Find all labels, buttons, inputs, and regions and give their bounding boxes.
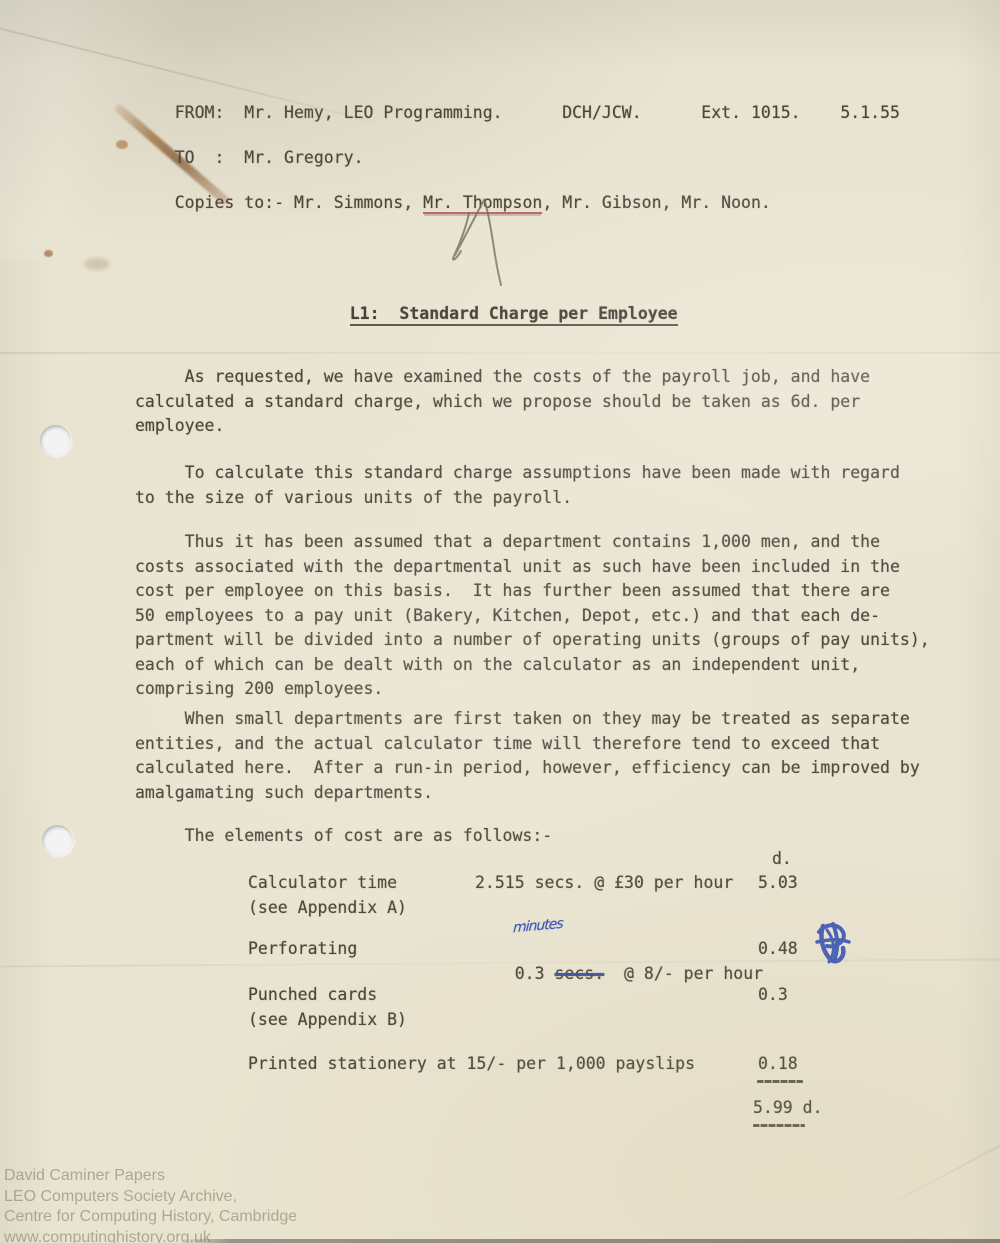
copies-prefix: Copies to:- Mr. Simmons, [175,193,423,212]
from-label: FROM: [175,103,225,122]
perforating-rate: @ 8/- per hour [604,964,763,983]
extension: Ext. 1015. [701,103,800,122]
to-label: TO : [175,148,225,167]
cost-row-punchedcards-label: Punched cards [248,983,377,1008]
paragraph-1: As requested, we have examined the costs… [135,365,915,439]
crease-mid [0,352,1000,354]
cost-row-calculator-detail: 2.515 secs. @ £30 per hour [475,871,733,896]
watermark-line-2: LEO Computers Society Archive, [4,1187,297,1208]
cost-unit-header: d. [772,847,792,872]
watermark-line-1: David Caminer Papers [4,1166,297,1187]
cost-row-stationery-amount: 0.18 [758,1052,798,1077]
perforating-qty: 0.3 [515,964,555,983]
punch-hole-top [40,425,71,456]
cost-row-perforating-amount: 0.48 [758,937,798,962]
rust-stain-smudge [84,258,110,270]
cost-row-perforating-label: Perforating [248,937,357,962]
crease-bottom-right [892,1098,1000,1203]
cost-row-punchedcards-amount: 0.3 [758,983,788,1008]
cost-row-calculator-label: Calculator time [248,871,397,896]
pencil-initials-mark [425,193,525,293]
scanned-memo-page: FROM: Mr. Hemy, LEO Programming. DCH/JCW… [0,0,1000,1243]
cost-row-stationery-label: Printed stationery at 15/- per 1,000 pay… [248,1052,695,1077]
paper-bottom-edge-shadow [180,1239,1000,1243]
elements-intro-line: The elements of cost are as follows:- [135,824,552,849]
ink-scribble-mark [809,918,857,970]
memo-title-text: L1: Standard Charge per Employee [350,304,678,326]
paragraph-4: When small departments are first taken o… [135,707,935,805]
cost-row-punchedcards-note: (see Appendix B) [248,1008,407,1033]
cost-row-perforating-detail: 0.3 secs. @ 8/- per hour [475,937,763,1011]
archive-watermark: David Caminer Papers LEO Computers Socie… [4,1166,297,1243]
cost-row-calculator-amount: 5.03 [758,871,798,896]
cost-row-calculator-note: (see Appendix A) [248,896,407,921]
rust-stain-dot-2 [44,250,53,257]
paragraph-3: Thus it has been assumed that a departme… [135,530,935,702]
total-rule [753,1124,805,1127]
memo-date: 5.1.55 [840,103,900,122]
rust-stain-dot-1 [116,140,128,149]
punch-hole-bottom [42,825,73,856]
to-value: Mr. Gregory. [244,148,363,167]
subtotal-rule [757,1080,803,1083]
paragraph-2: To calculate this standard charge assump… [135,461,925,510]
handwritten-minutes-note: minutes [513,916,563,936]
cost-total: 5.99 d. [753,1096,823,1121]
watermark-line-3: Centre for Computing History, Cambridge [4,1207,297,1228]
ref-code: DCH/JCW. [562,103,641,122]
perforating-struck-unit: secs. [555,964,605,983]
from-value: Mr. Hemy, LEO Programming. [244,103,502,122]
copies-suffix: , Mr. Gibson, Mr. Noon. [542,193,770,212]
